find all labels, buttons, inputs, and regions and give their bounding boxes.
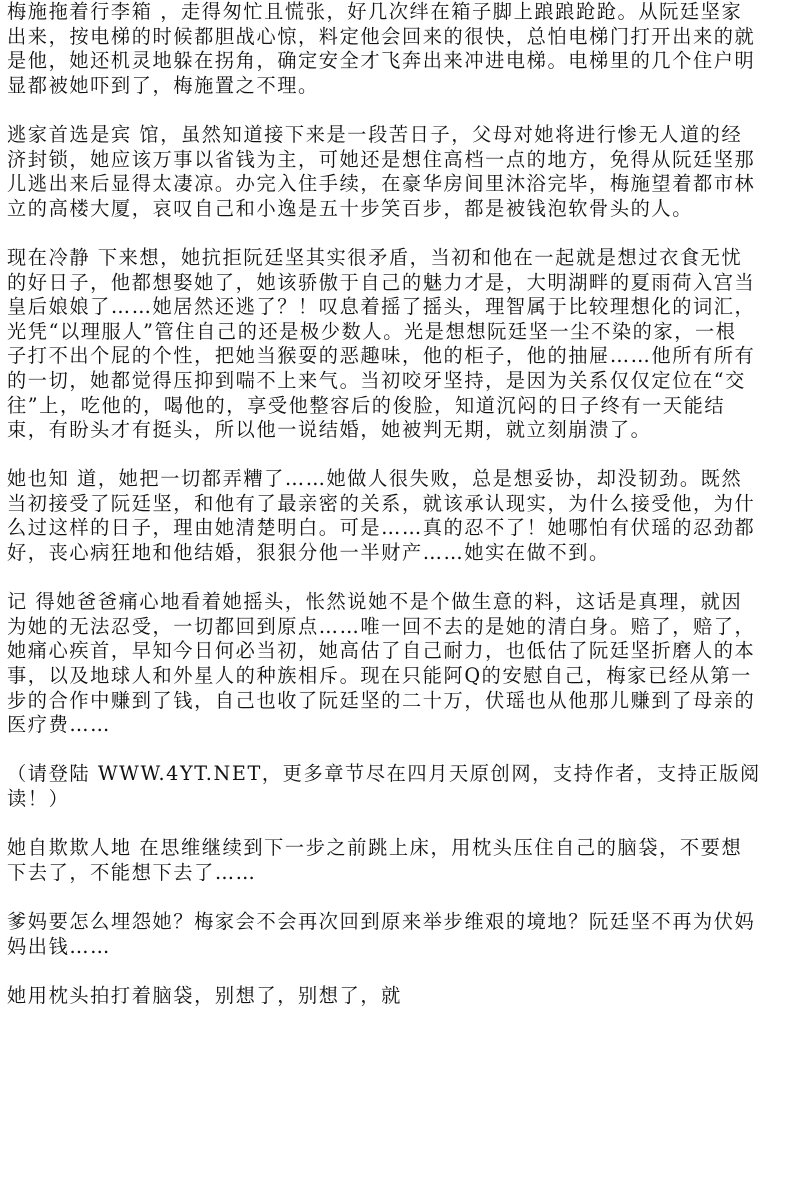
text-line: 妈出钱…… (7, 935, 800, 960)
paragraph-gap (7, 812, 800, 837)
text-line: 逃家首选是宾 馆，虽然知道接下来是一段苦日子，父母对她将进行惨无人道的经 (7, 123, 800, 148)
text-line: 她自欺欺人地 在思维继续到下一步之前跳上床，用枕头压住自己的脑袋，不要想 (7, 836, 800, 861)
paragraph-1: 梅施拖着行李箱 ，走得匆忙且慌张，好几次绊在箱子脚上踉踉跄跄。从阮廷坚家 出来，… (7, 0, 800, 98)
document-page: 梅施拖着行李箱 ，走得匆忙且慌张，好几次绊在箱子脚上踉踉跄跄。从阮廷坚家 出来，… (0, 0, 800, 1194)
text-line: 她也知 道，她把一切都弄糟了……她做人很失败，总是想妥协，却没韧劲。既然 (7, 467, 800, 492)
text-line: 事，以及地球人和外星人的种族相斥。现在只能阿Q的安慰自己，梅家已经从第一 (7, 664, 800, 689)
paragraph-9: 她用枕头拍打着脑袋，别想了，别想了，就 (7, 984, 800, 1009)
paragraph-7: 她自欺欺人地 在思维继续到下一步之前跳上床，用枕头压住自己的脑袋，不要想 下去了… (7, 836, 800, 885)
text-line: 的好日子，他都想娶她了，她该骄傲于自己的魅力才是，大明湖畔的夏雨荷入宫当 (7, 271, 800, 296)
text-line: 济封锁，她应该万事以省钱为主，可她还是想住高档一点的地方，免得从阮廷坚那 (7, 148, 800, 173)
text-line: 束，有盼头才有挺头，所以他一说结婚，她被判无期，就立刻崩溃了。 (7, 418, 800, 443)
paragraph-gap (7, 221, 800, 246)
paragraph-gap (7, 885, 800, 910)
text-line: 下去了，不能想下去了…… (7, 861, 800, 886)
text-line: 是他，她还机灵地躲在拐角，确定安全才飞奔出来冲进电梯。电梯里的几个住户明 (7, 49, 800, 74)
text-line: 步的合作中赚到了钱，自己也收了阮廷坚的二十万，伏瑶也从他那儿赚到了母亲的 (7, 689, 800, 714)
text-line: 么过这样的日子，理由她清楚明白。可是……真的忍不了！她哪怕有伏瑶的忍劲都 (7, 516, 800, 541)
text-line: 现在冷静 下来想，她抗拒阮廷坚其实很矛盾，当初和他在一起就是想过衣食无忧 (7, 246, 800, 271)
text-line: 爹妈要怎么埋怨她？梅家会不会再次回到原来举步维艰的境地？阮廷坚不再为伏妈 (7, 910, 800, 935)
paragraph-8: 爹妈要怎么埋怨她？梅家会不会再次回到原来举步维艰的境地？阮廷坚不再为伏妈 妈出钱… (7, 910, 800, 959)
text-line: 往”上，吃他的，喝他的，享受他整容后的俊脸，知道沉闷的日子终有一天能结 (7, 394, 800, 419)
paragraph-3: 现在冷静 下来想，她抗拒阮廷坚其实很矛盾，当初和他在一起就是想过衣食无忧 的好日… (7, 246, 800, 443)
text-line: 皇后娘娘了……她居然还逃了？！叹息着摇了摇头，理智属于比较理想化的词汇， (7, 295, 800, 320)
text-line: 儿逃出来后显得太凄凉。办完入住手续，在豪华房间里沐浴完毕，梅施望着都市林 (7, 172, 800, 197)
paragraph-5: 记 得她爸爸痛心地看着她摇头，怅然说她不是个做生意的料，这话是真理，就因 为她的… (7, 590, 800, 738)
text-line: 她痛心疾首，早知今日何必当初，她高估了自己耐力，也低估了阮廷坚折磨人的本 (7, 639, 800, 664)
text-line: 读！） (7, 787, 800, 812)
paragraph-notice: （请登陆 WWW.4YT.NET，更多章节尽在四月天原创网，支持作者，支持正版阅… (7, 762, 800, 811)
paragraph-2: 逃家首选是宾 馆，虽然知道接下来是一段苦日子，父母对她将进行惨无人道的经 济封锁… (7, 123, 800, 221)
paragraph-4: 她也知 道，她把一切都弄糟了……她做人很失败，总是想妥协，却没韧劲。既然 当初接… (7, 467, 800, 565)
paragraph-gap (7, 443, 800, 468)
paragraph-gap (7, 566, 800, 591)
text-line: 的一切，她都觉得压抑到喘不上来气。当初咬牙坚持，是因为关系仅仅定位在“交 (7, 369, 800, 394)
text-line: 好，丧心病狂地和他结婚，狠狠分他一半财产……她实在做不到。 (7, 541, 800, 566)
text-line: 立的高楼大厦，哀叹自己和小逸是五十步笑百步，都是被钱泡软骨头的人。 (7, 197, 800, 222)
text-line: （请登陆 WWW.4YT.NET，更多章节尽在四月天原创网，支持作者，支持正版阅 (7, 762, 800, 787)
paragraph-gap (7, 959, 800, 984)
text-line: 光凭“以理服人”管住自己的还是极少数人。光是想想阮廷坚一尘不染的家，一根 (7, 320, 800, 345)
text-line: 记 得她爸爸痛心地看着她摇头，怅然说她不是个做生意的料，这话是真理，就因 (7, 590, 800, 615)
text-line: 显都被她吓到了，梅施置之不理。 (7, 74, 800, 99)
text-line: 为她的无法忍受，一切都回到原点……唯一回不去的是她的清白身。赔了，赔了， (7, 615, 800, 640)
paragraph-gap (7, 738, 800, 763)
text-line: 当初接受了阮廷坚，和他有了最亲密的关系，就该承认现实，为什么接受他，为什 (7, 492, 800, 517)
text-line: 出来，按电梯的时候都胆战心惊，料定他会回来的很快，总怕电梯门打开出来的就 (7, 25, 800, 50)
text-line: 梅施拖着行李箱 ，走得匆忙且慌张，好几次绊在箱子脚上踉踉跄跄。从阮廷坚家 (7, 0, 800, 25)
text-line: 子打不出个屁的个性，把她当猴耍的恶趣味，他的柜子，他的抽屉……他所有所有 (7, 344, 800, 369)
paragraph-gap (7, 98, 800, 123)
text-line: 医疗费…… (7, 713, 800, 738)
text-line: 她用枕头拍打着脑袋，别想了，别想了，就 (7, 984, 800, 1009)
